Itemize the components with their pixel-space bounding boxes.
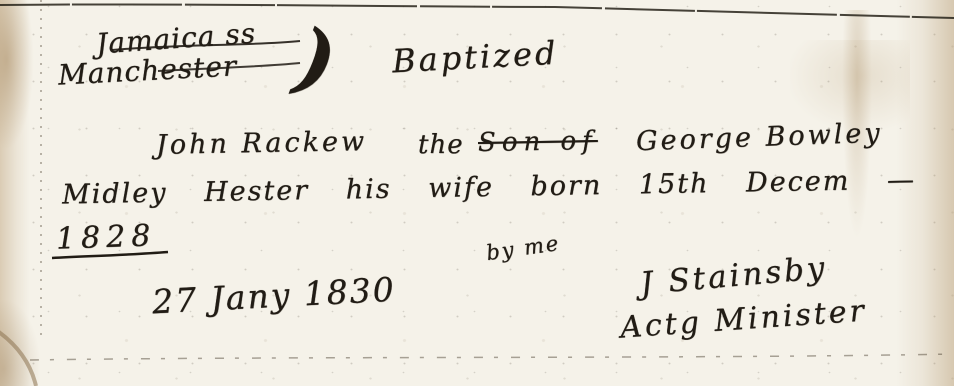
father-name: George Bowley [636, 118, 884, 158]
top-right-stain [790, 40, 910, 130]
top-rule-line [0, 4, 954, 18]
left-top-stain [0, 0, 34, 150]
relation-struck: Son of [478, 126, 598, 158]
minister-signature: J Stainsby [639, 250, 829, 302]
connector-word: the [418, 130, 464, 160]
brace-mark: ) [290, 11, 343, 107]
parish-label: Manchester [57, 49, 238, 91]
minister-title: Actg Minister [619, 293, 868, 345]
bottom-left-fold-crease [0, 330, 36, 386]
child-name: John Rackew [156, 126, 368, 161]
rite-label: Baptized [391, 34, 559, 81]
left-edge-stain [0, 0, 30, 386]
record-date: 27 Jany 1830 [151, 270, 396, 322]
left-bottom-stain [0, 300, 40, 386]
birth-year: 1828 [55, 218, 157, 256]
by-me-note: by me [485, 231, 562, 265]
mother-line: Midley Hester his wife born 15th Decem — [62, 165, 916, 211]
bottom-dashed-rule [30, 354, 954, 360]
baptism-record-scan: Jamaica ss Manchester ) Baptized John Ra… [0, 0, 954, 386]
